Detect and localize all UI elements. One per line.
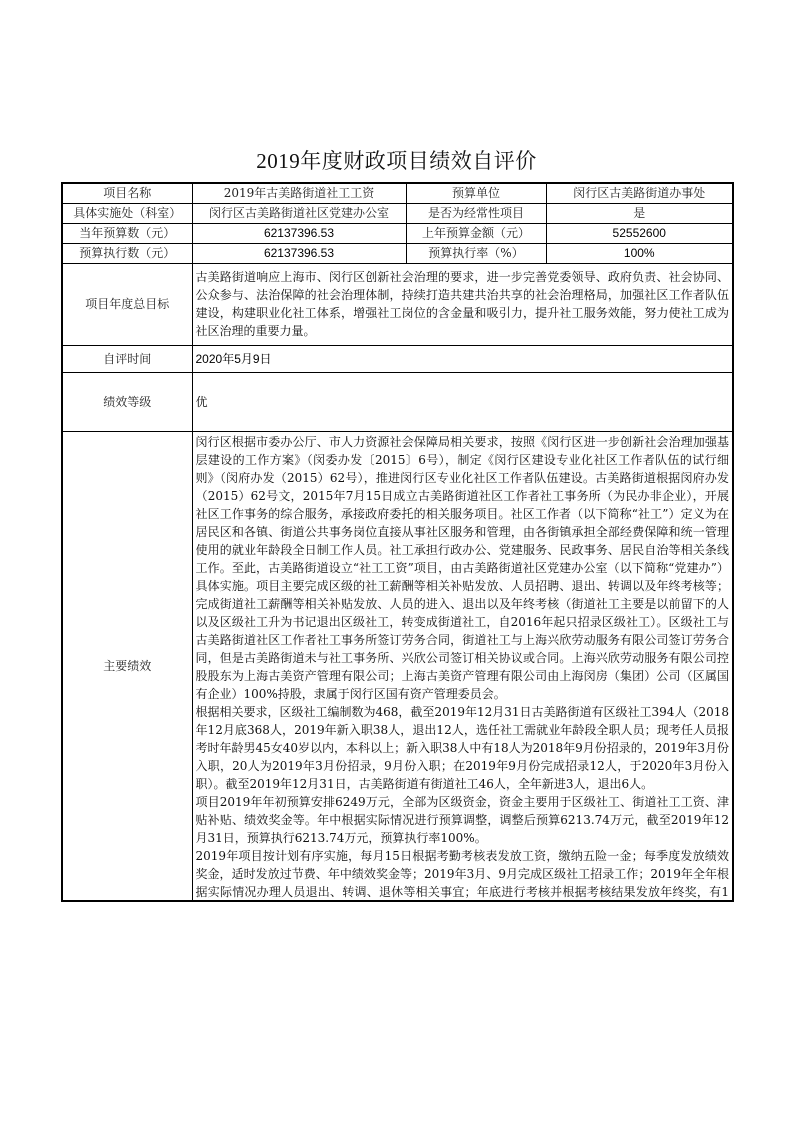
main-performance-text: 闵行区根据市委办公厅、市人力资源社会保障局相关要求，按照《闵行区进一步创新社会治… — [192, 431, 733, 901]
table-row-eval-time: 自评时间 2020年5月9日 — [62, 345, 733, 372]
execution-rate-label: 预算执行率（%） — [406, 243, 546, 263]
table-row-project-name: 项目名称 2019年古美路街道社工工资 预算单位 闵行区古美路街道办事处 — [62, 183, 733, 203]
grade-value: 优 — [192, 372, 733, 431]
document-title: 2019年度财政项目绩效自评价 — [0, 145, 793, 175]
recurring-project-label: 是否为经常性项目 — [406, 203, 546, 223]
project-name-label: 项目名称 — [62, 183, 192, 203]
table-row-implementing-dept: 具体实施处（科室） 闵行区古美路街道社区党建办公室 是否为经常性项目 是 — [62, 203, 733, 223]
previous-budget-label: 上年预算金额（元） — [406, 223, 546, 243]
grade-label: 绩效等级 — [62, 372, 192, 431]
budget-executed-value: 62137396.53 — [192, 243, 406, 263]
performance-paragraph-2: 根据相关要求，区级社工编制数为468，截至2019年12月31日古美路街道有区级… — [196, 703, 730, 793]
budget-unit-label: 预算单位 — [406, 183, 546, 203]
recurring-project-value: 是 — [546, 203, 733, 223]
current-budget-label: 当年预算数（元） — [62, 223, 192, 243]
table-row-main-performance: 主要绩效 闵行区根据市委办公厅、市人力资源社会保障局相关要求，按照《闵行区进一步… — [62, 431, 733, 901]
main-performance-label: 主要绩效 — [62, 431, 192, 901]
performance-paragraph-1: 闵行区根据市委办公厅、市人力资源社会保障局相关要求，按照《闵行区进一步创新社会治… — [196, 433, 730, 703]
table-row-annual-goal: 项目年度总目标 古美路街道响应上海市、闵行区创新社会治理的要求，进一步完善党委领… — [62, 263, 733, 345]
annual-goal-label: 项目年度总目标 — [62, 263, 192, 345]
budget-executed-label: 预算执行数（元） — [62, 243, 192, 263]
implementing-dept-label: 具体实施处（科室） — [62, 203, 192, 223]
project-name-value: 2019年古美路街道社工工资 — [192, 183, 406, 203]
table-row-grade: 绩效等级 优 — [62, 372, 733, 431]
table-row-budget: 当年预算数（元） 62137396.53 上年预算金额（元） 52552600 — [62, 223, 733, 243]
eval-time-label: 自评时间 — [62, 345, 192, 372]
eval-time-value: 2020年5月9日 — [192, 345, 733, 372]
implementing-dept-value: 闵行区古美路街道社区党建办公室 — [192, 203, 406, 223]
previous-budget-value: 52552600 — [546, 223, 733, 243]
annual-goal-text: 古美路街道响应上海市、闵行区创新社会治理的要求，进一步完善党委领导、政府负责、社… — [192, 263, 733, 345]
table-row-execution: 预算执行数（元） 62137396.53 预算执行率（%） 100% — [62, 243, 733, 263]
execution-rate-value: 100% — [546, 243, 733, 263]
current-budget-value: 62137396.53 — [192, 223, 406, 243]
budget-unit-value: 闵行区古美路街道办事处 — [546, 183, 733, 203]
performance-paragraph-3: 项目2019年年初预算安排6249万元，全部为区级资金，资金主要用于区级社工、街… — [196, 793, 730, 847]
performance-paragraph-4: 2019年项目按计划有序实施，每月15日根据考勤考核表发放工资，缴纳五险一金；每… — [196, 847, 730, 899]
performance-evaluation-table: 项目名称 2019年古美路街道社工工资 预算单位 闵行区古美路街道办事处 具体实… — [61, 182, 734, 902]
